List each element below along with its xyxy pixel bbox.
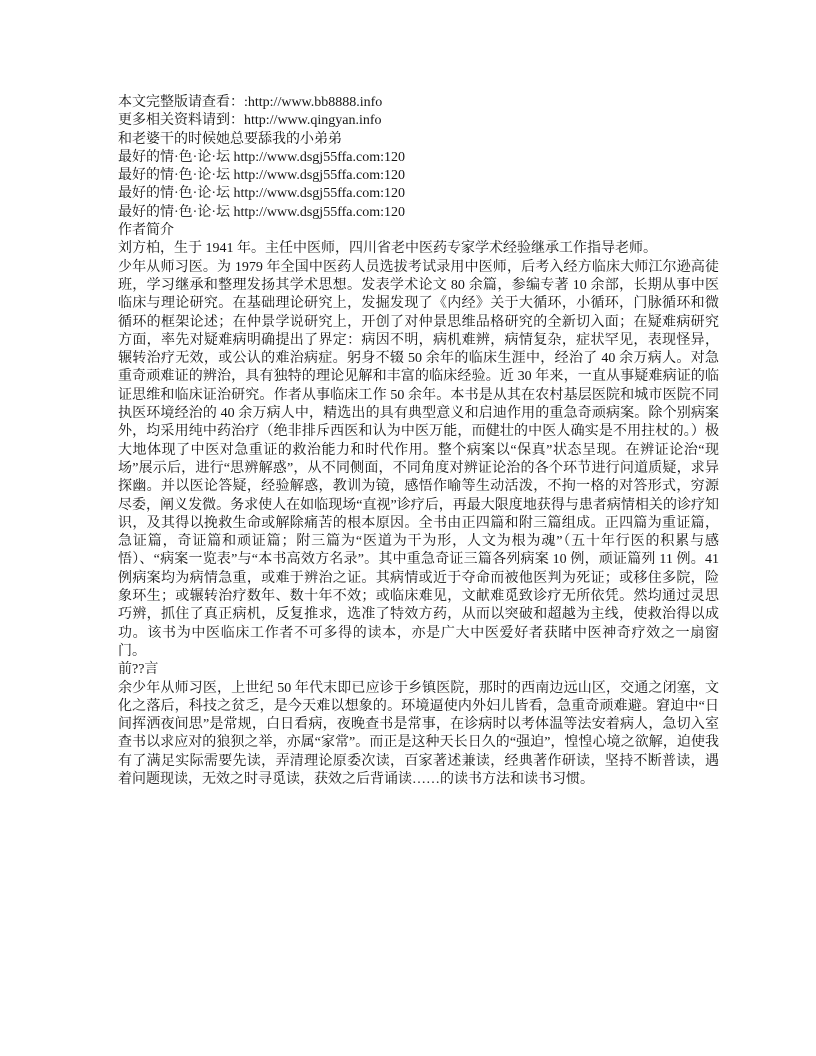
top-link-line: 最好的情·色·论·坛 http://www.dsgj55ffa.com:120 <box>118 204 719 222</box>
top-link-line: 最好的情·色·论·坛 http://www.dsgj55ffa.com:120 <box>118 167 719 185</box>
document-page: 本文完整版请查看：:http://www.bb8888.info 更多相关资料请… <box>0 0 816 1056</box>
top-text-line: 和老婆干的时候她总要舔我的小弟弟 <box>118 131 719 149</box>
preface-paragraph: 余少年从师习医，上世纪 50 年代末即已应诊于乡镇医院，那时的西南边远山区，交通… <box>118 680 719 790</box>
top-link-line: 最好的情·色·论·坛 http://www.dsgj55ffa.com:120 <box>118 185 719 203</box>
top-link-line: 更多相关资料请到：http://www.qingyan.info <box>118 112 719 130</box>
author-section-heading: 作者简介 <box>118 222 719 240</box>
preface-section-heading: 前??言 <box>118 661 719 679</box>
top-link-line: 本文完整版请查看：:http://www.bb8888.info <box>118 94 719 112</box>
author-bio-paragraph: 少年从师习医。为 1979 年全国中医药人员选拔考试录用中医师，后考入经方临床大… <box>118 259 719 662</box>
document-content: 本文完整版请查看：:http://www.bb8888.info 更多相关资料请… <box>118 94 719 789</box>
top-link-line: 最好的情·色·论·坛 http://www.dsgj55ffa.com:120 <box>118 149 719 167</box>
author-bio-first-line: 刘方柏，生于 1941 年。主任中医师，四川省老中医药专家学术经验继承工作指导老… <box>118 240 719 258</box>
